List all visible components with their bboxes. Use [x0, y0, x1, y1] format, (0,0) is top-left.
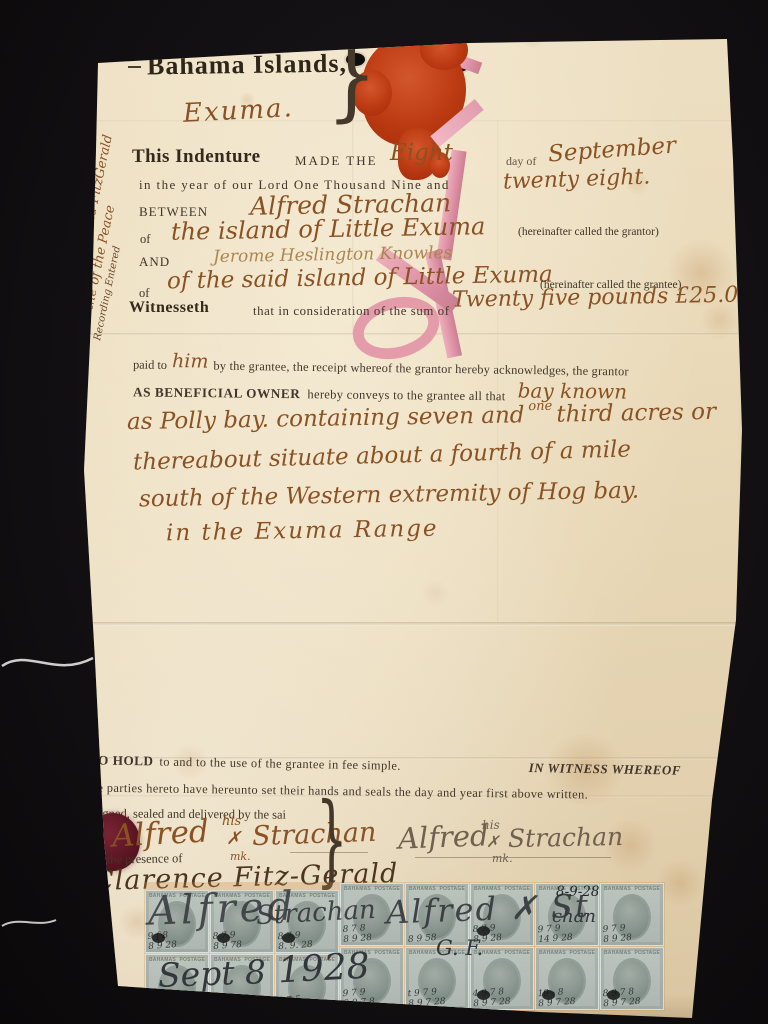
page-title: Bahama Islands,: [147, 49, 347, 82]
month-handwritten: September: [547, 133, 677, 168]
stamp-inscription: BAHAMASPOSTAGE: [601, 948, 663, 956]
postage-stamp: BAHAMASPOSTAGE9 7 98 9 28: [600, 883, 664, 946]
signature-right-last: Strachan: [508, 822, 624, 853]
made-the-label: MADE THE: [295, 153, 378, 169]
stamp-over-row1-last: Strachan: [255, 895, 376, 931]
white-thread: [0, 636, 100, 696]
property-line-3: south of the Western extremity of Hog ba…: [139, 478, 639, 513]
of-label-1: of: [140, 232, 150, 247]
photo-background: Moseley's Book Store. Bahama Islands, } …: [0, 0, 768, 1024]
stamp-inscription: BAHAMASPOSTAGE: [536, 948, 598, 956]
pen-dash: [128, 66, 141, 68]
white-thread-small: [0, 908, 62, 938]
ink-blot: [477, 990, 490, 1000]
cancellation-scrawl: 8 9 7 98 9 78: [147, 994, 180, 1016]
wax-seal-blob: [420, 30, 468, 70]
ink-blot: [607, 990, 620, 1000]
signature-right-mk: mk.: [492, 852, 513, 865]
signature-left-last: Strachan: [251, 817, 376, 852]
grantor-tag: (hereinafter called the grantor): [518, 226, 659, 238]
receipt-printed: by the grantee, the receipt whereof the …: [213, 359, 629, 380]
ink-blot: [542, 990, 555, 1000]
stain: [520, 28, 546, 48]
indenture-label: This Indenture: [132, 146, 261, 168]
cancellation-scrawl: 9 7 98 9 7 8: [342, 987, 375, 1009]
beneficial-owner-printed: AS BENEFICIAL OWNER: [133, 384, 301, 402]
stamp-over-row2-sept: Sept 8: [157, 952, 266, 995]
ink-blot: [282, 933, 295, 943]
signature-right-his: his: [482, 818, 500, 832]
stamp-over-chan: chan: [552, 906, 596, 927]
stamp-over-row2-year: 1928: [277, 946, 371, 992]
ink-blot: [282, 997, 295, 1007]
property-line-1-superscript: one: [528, 399, 552, 414]
cancellation-scrawl: 9 7 98 9 28: [602, 923, 632, 945]
witnesseth-label: Witnesseth: [129, 299, 209, 317]
conveys-printed: hereby conveys to the grantee all that: [307, 387, 505, 404]
cancellation-scrawl: t 9 7 98 9 7 28: [407, 987, 446, 1010]
in-witness-printed: IN WITNESS WHEREOF: [529, 760, 682, 779]
ink-blot: [152, 933, 165, 943]
to-hold-printed: TO HOLD: [89, 752, 154, 769]
and-label: AND: [139, 254, 170, 270]
day-handwritten: Eight: [390, 140, 453, 166]
consideration-printed: that in consideration of the sum of: [253, 304, 450, 319]
property-line-2: thereabout situate about a fourth of a m…: [133, 436, 632, 475]
fold-crease: [0, 622, 768, 626]
property-line-4: in the Exuma Range: [166, 516, 439, 547]
header-brace: }: [326, 24, 377, 124]
grantor-place: the island of Little Exuma: [171, 212, 486, 245]
signature-left-mark: ✗: [226, 828, 241, 849]
stamp-inscription: BAHAMASPOSTAGE: [341, 884, 403, 892]
stain: [420, 580, 450, 606]
bookstore-stamp: Moseley's Book Store.: [157, 29, 271, 44]
signature-left-first: Alfred: [111, 813, 210, 854]
him-handwritten: him: [172, 350, 209, 373]
year-handwritten: twenty eight.: [503, 164, 651, 194]
signature-right-mark: ✗: [486, 832, 499, 851]
stamp-witness-initials: G. F.: [436, 936, 483, 960]
receipt-line: paid to him by the grantee, the receipt …: [133, 352, 629, 381]
property-line-1b: third acres or: [556, 399, 716, 428]
postage-stamp: BAHAMASPOSTAGE19 - 88 9 7 28: [535, 947, 599, 1010]
stamp-inscription: BAHAMASPOSTAGE: [601, 884, 663, 892]
property-line-1: as Polly bay. containing seven and one t…: [127, 399, 716, 435]
property-line-1a: as Polly bay. containing seven and: [127, 402, 525, 435]
postage-stamp: BAHAMASPOSTAGE8 9 7 88 9 7 28: [600, 947, 664, 1010]
signature-left-his: his: [222, 814, 241, 829]
cancellation-scrawl: 5 7 98 9 7 8: [212, 994, 245, 1016]
paid-to-printed: paid to: [133, 358, 167, 373]
signature-right-first: Alfred: [397, 818, 489, 855]
signature-rule: [415, 857, 611, 858]
document-paper: Moseley's Book Store. Bahama Islands, } …: [0, 0, 768, 1024]
cancellation-scrawl: 9 7 58 9 7 18: [277, 994, 316, 1017]
cancellation-scrawl: 8 9 58: [408, 933, 437, 945]
stamp-date-note: 8-9-28: [556, 884, 599, 900]
ink-blot: [217, 933, 230, 943]
district-handwritten: Exuma.: [182, 93, 294, 129]
day-of-printed: day of: [506, 154, 536, 169]
